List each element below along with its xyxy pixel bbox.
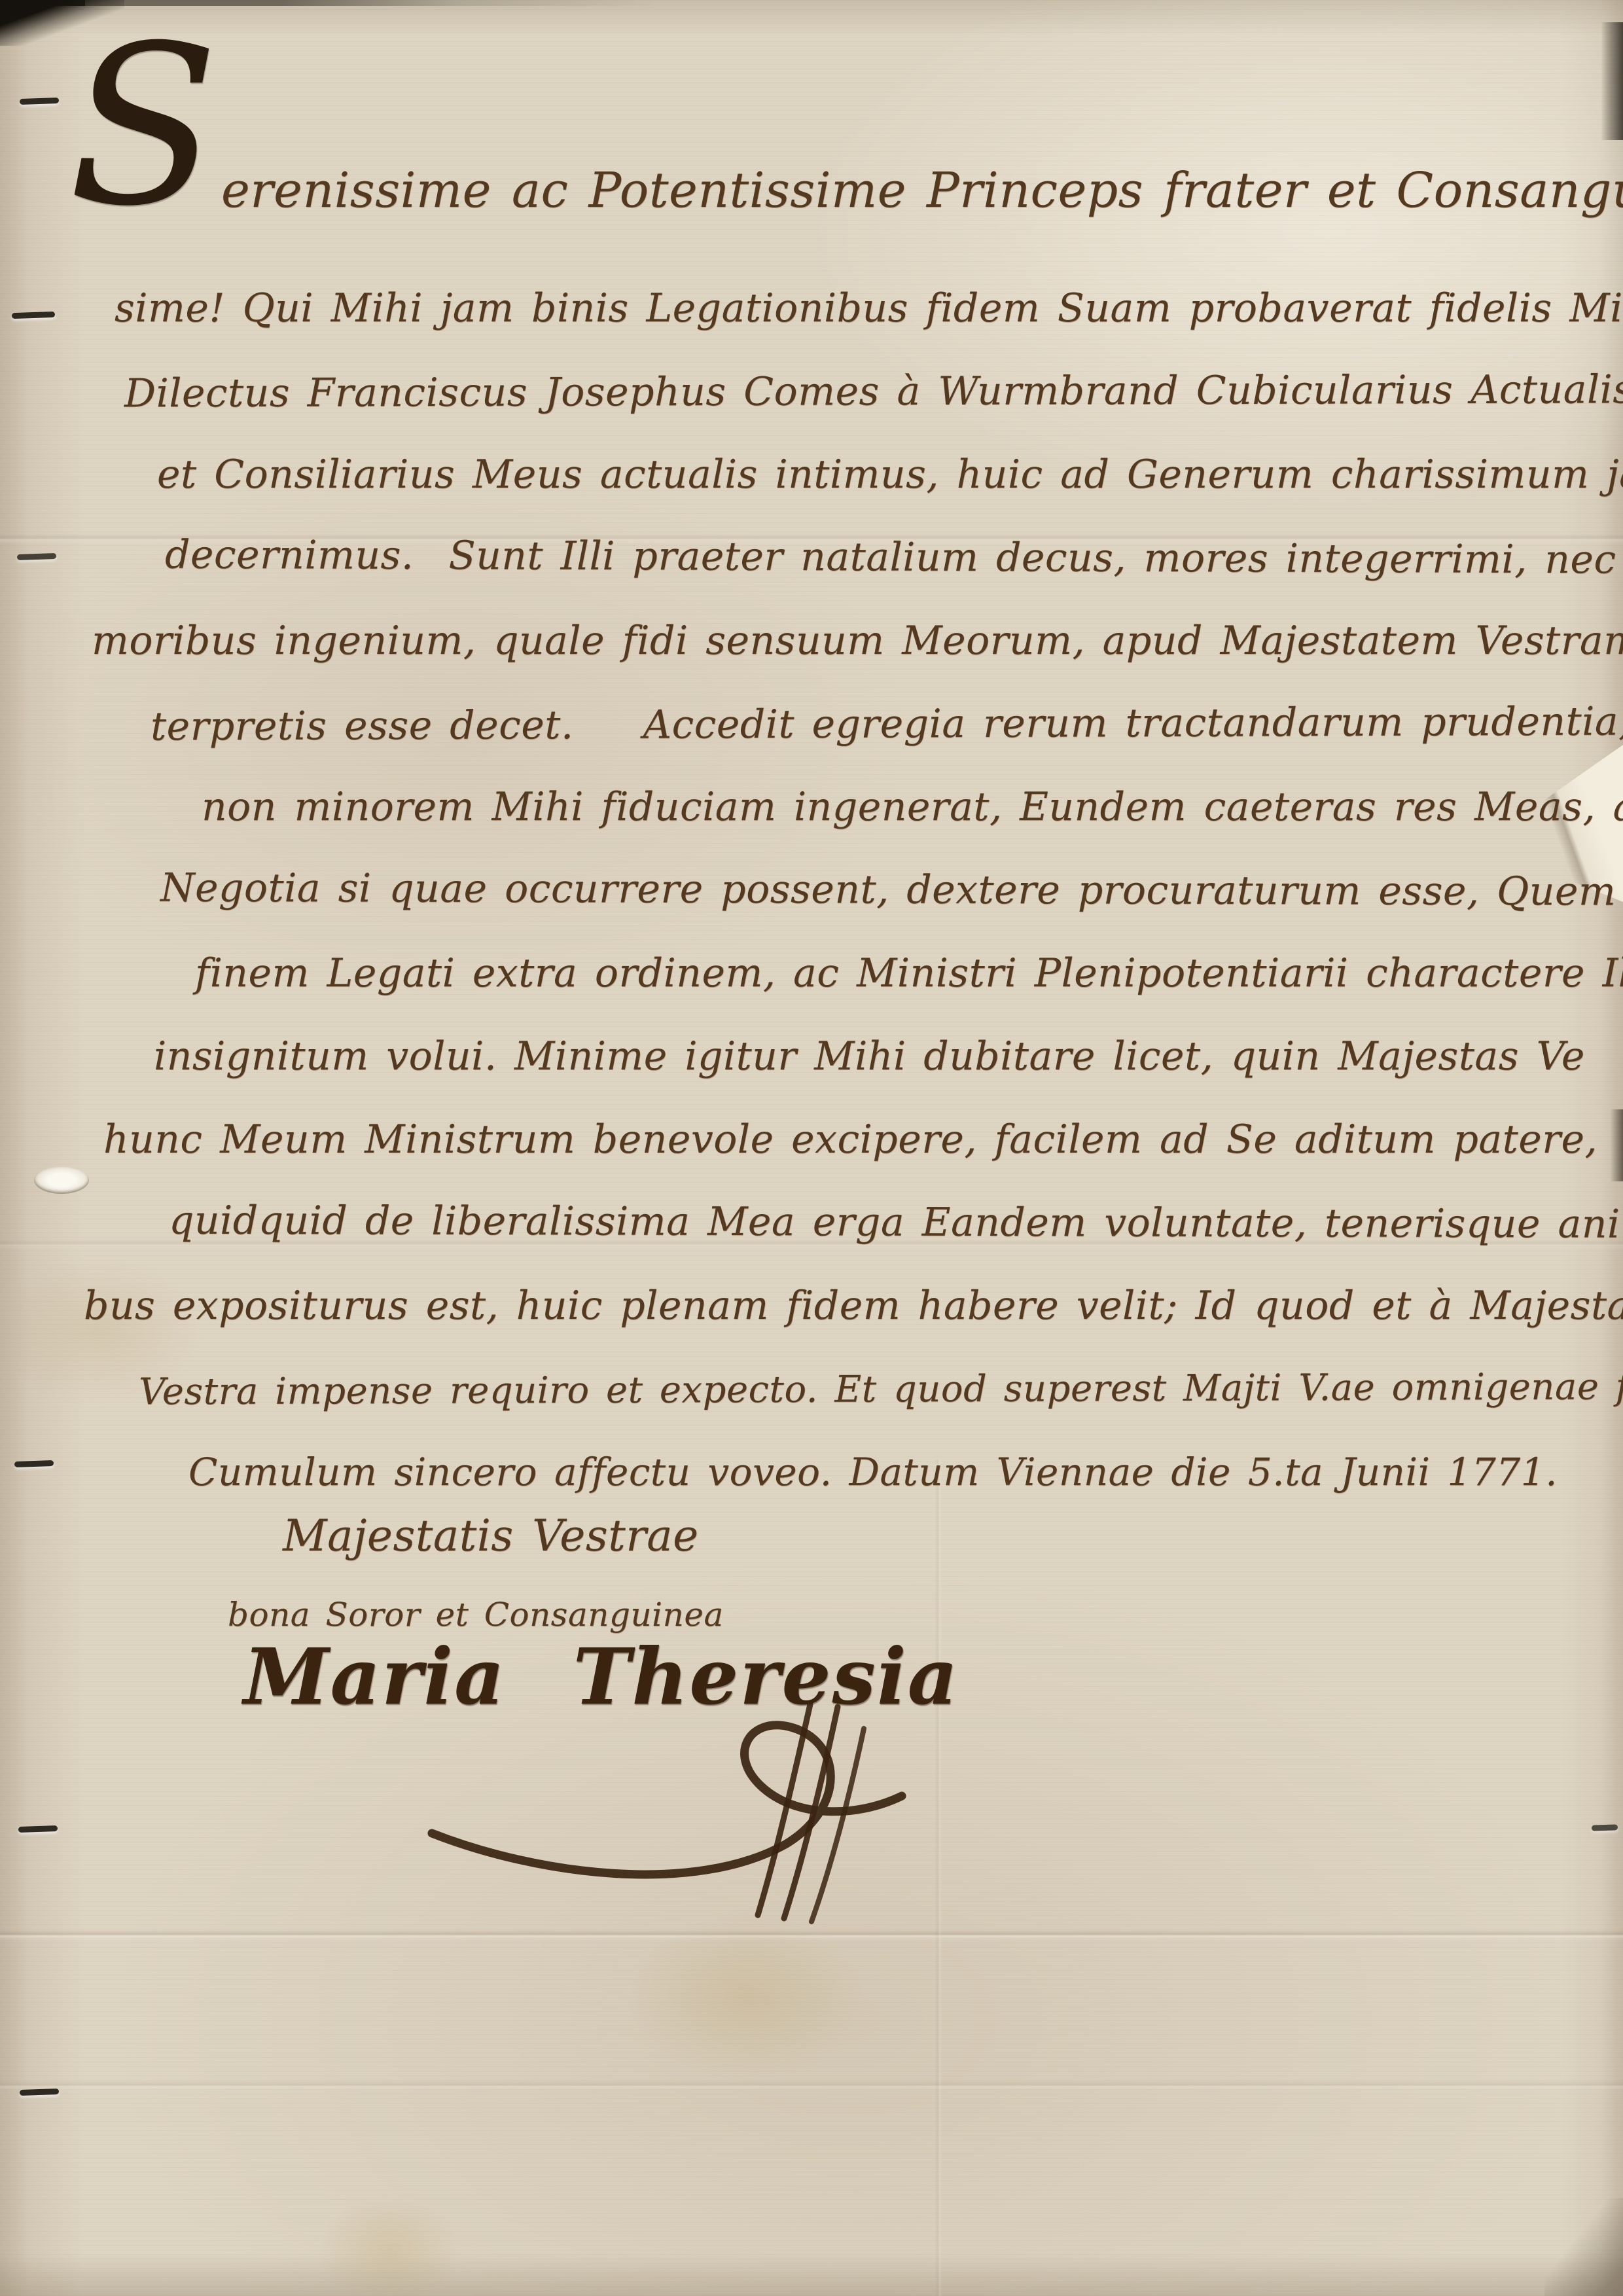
letter-line: bus expositurus est, huic plenam fidem h… <box>84 1265 1623 1348</box>
letter-text-block: sime! Qui Mihi jam binis Legationibus fi… <box>0 267 1623 1514</box>
letter-line: hunc Meum Ministrum benevole excipere, f… <box>103 1098 1623 1181</box>
letter-line: et Consiliarius Meus actualis intimus, h… <box>157 433 1623 516</box>
manuscript-letter-page: S erenissime ac Potentissime Princeps fr… <box>0 0 1623 2296</box>
letter-line: insignitum volui. Minime igitur Mihi dub… <box>154 1015 1623 1098</box>
signature-flourish <box>419 1699 929 1935</box>
letter-line: non minorem Mihi fiduciam ingenerat, Eun… <box>202 766 1623 849</box>
letter-line-first: erenissime ac Potentissime Princeps frat… <box>221 162 1623 219</box>
letter-line: Negotia si quae occurrere possent, dexte… <box>160 847 1623 935</box>
closing-majestatis: Majestatis Vestrae <box>283 1511 699 1561</box>
letter-line: Dilectus Franciscus Josephus Comes à Wur… <box>124 348 1623 436</box>
letter-line: terpretis esse decet. Accedit egregia re… <box>151 680 1623 769</box>
letter-body: S erenissime ac Potentissime Princeps fr… <box>0 0 1623 2296</box>
letter-line: Cumulum sincero affectu voveo. Datum Vie… <box>188 1431 1623 1514</box>
letter-line: Vestra impense requiro et expecto. Et qu… <box>139 1345 1623 1434</box>
ornate-initial: S <box>68 17 219 237</box>
closing-soror: bona Soror et Consanguinea <box>228 1596 724 1634</box>
letter-line: sime! Qui Mihi jam binis Legationibus fi… <box>115 267 1623 350</box>
letter-line: finem Legati extra ordinem, ac Ministri … <box>195 932 1623 1015</box>
letter-line: quidquid de liberalissima Mea erga Eande… <box>169 1179 1623 1267</box>
letter-line: moribus ingenium, quale fidi sensuum Meo… <box>92 600 1623 683</box>
letter-line: decernimus. Sunt Illi praeter natalium d… <box>165 514 1623 603</box>
